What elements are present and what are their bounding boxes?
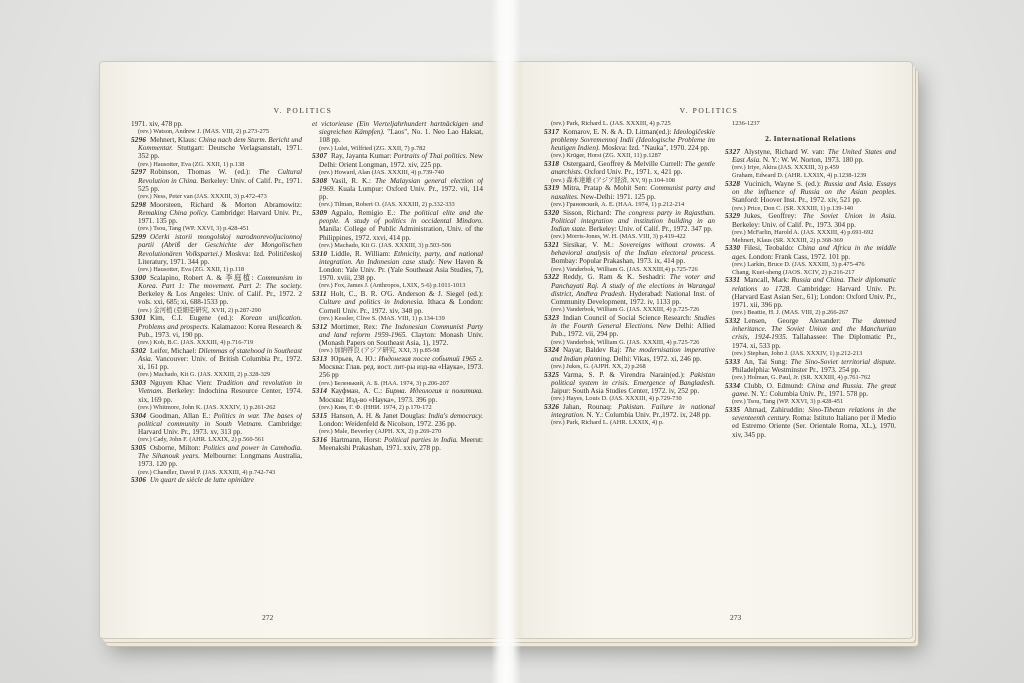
entry-text: Jukes, Geoffrey: — [744, 212, 803, 220]
bib-entry: 5303 Nguyen Khac Vien: Tradition and rev… — [131, 379, 302, 404]
review-line: (rev.) Beattie, H. J. (MAS. VIII, 2) p.2… — [725, 309, 896, 317]
bib-entry: 5325 Varma, S. P. & Virendra Narain(ed.)… — [544, 371, 715, 396]
entry-text: Moskva: Izd. "Nauka", 1970. 224 pp. — [600, 144, 709, 152]
entry-text: 1971. xiv, 478 pp. — [131, 120, 183, 128]
entry-text: Alystyne, Richard W. van: — [744, 148, 828, 156]
bib-entry: 5330 Filesi, Teobaldo: China and Africa … — [725, 244, 896, 260]
review-line: (rev.) Hausotter, Eva (ZG. XXII, 1) p.11… — [131, 266, 302, 274]
entry-text: Bombay: Popular Prakashan, 1973. ix, 414… — [551, 257, 685, 265]
entry-text: N. Y.: W. W. Norton, 1973. 180 pp. — [761, 156, 864, 164]
entry-text: Nguyen Khac Vien: — [150, 379, 216, 387]
bib-entry: 5304 Goodman, Allan E.: Politics in war.… — [131, 412, 302, 437]
bib-entry: 5319 Mitra, Pratap & Mohit Sen: Communis… — [544, 184, 715, 200]
entry-text: Юрьев, А. Ю.: — [331, 355, 379, 363]
book-photo-background: V. POLITICS 1971. xiv, 478 pp.(rev.) Wat… — [0, 0, 1024, 683]
entry-text: Varma, S. P. & Virendra Narain(ed.): — [563, 371, 690, 379]
entry-text: Robinson, Thomas W. (ed.): — [150, 168, 259, 176]
bib-entry: 5301 Kim, C.I. Eugene (ed.): Korean unif… — [131, 314, 302, 339]
review-line: (rev.) 森本達雄 (アジア経済, XV, 9) p.104-108 — [544, 177, 715, 185]
review-line: (rev.) Vanderbok, William G. (JAS. XXXII… — [544, 339, 715, 347]
entry-text: An, Tai Sung: — [744, 358, 791, 366]
entry-text: Nayar, Baldev Raj: — [563, 346, 625, 354]
bib-entry: 5315 Hanson, A. H. & Janet Douglas: Indi… — [312, 412, 483, 428]
entry-title: The Soviet Union in Asia. — [803, 212, 896, 220]
entry-text: Berkeley & Los Angeles: Univ. of Calif. … — [138, 290, 302, 306]
review-line: (rev.) Park, Richard L. (JAS. XXXIII, 4)… — [544, 120, 715, 128]
bibliography-column: 1236-12372. International Relations5327 … — [725, 120, 896, 598]
entry-text: Manila: College of Public Administration… — [319, 225, 483, 241]
entry-text: Delhi: Vikas, 1972. xi, 246 pp. — [612, 355, 702, 363]
entry-number: 5316 — [312, 436, 331, 444]
page-number-left: 272 — [262, 613, 273, 622]
entry-number: 5325 — [544, 371, 563, 379]
entry-title: Remaking China policy. — [138, 209, 209, 217]
section-heading: 2. International Relations — [725, 135, 896, 143]
entry-title: India's democracy. — [428, 412, 483, 420]
entry-text: Hartmann, Horst: — [331, 436, 384, 444]
bib-entry: 5327 Alystyne, Richard W. van: The Unite… — [725, 148, 896, 164]
entry-number: 5324 — [544, 346, 563, 354]
entry-number: 5314 — [312, 387, 331, 395]
entry-text: Leifer, Michael: — [150, 347, 198, 355]
entry-number: 5333 — [725, 358, 744, 366]
bib-entry: 5316 Hartmann, Horst: Political parties … — [312, 436, 483, 452]
entry-number: 5302 — [131, 347, 150, 355]
review-line: (rev.) Грановский, А. Е. (НАА. 1974, 1) … — [544, 201, 715, 209]
bib-entry: 5331 Mancall, Mark: Russia and China. Th… — [725, 276, 896, 309]
review-line: (rev.) Vanderbok, William G. (JAS. XXXII… — [544, 306, 715, 314]
bib-entry: 5308 Vasil, R. K.: The Malaysian general… — [312, 177, 483, 202]
entry-text: Liddle, R. William: — [331, 250, 394, 258]
left-page: V. POLITICS 1971. xiv, 478 pp.(rev.) Wat… — [100, 62, 506, 638]
entry-number: 5328 — [725, 180, 744, 188]
bib-entry: 5314 Кауфман, А. С.: Бирма. Идеология и … — [312, 387, 483, 403]
entry-text: Vancouver: Univ. of British Columbia Pr.… — [138, 355, 302, 371]
entry-text: Ostergaard, Geoffrey & Melville Currell: — [563, 160, 685, 168]
review-line: (rev.) Iriye, Akira (JAS. XXXIII, 3) p.4… — [725, 164, 896, 172]
entry-text: Stanford: Hoover Inst. Pr., 1972. xiv, 5… — [732, 196, 862, 204]
review-line: (rev.) Ness, Peter van (JAS. XXXIII, 3) … — [131, 193, 302, 201]
review-line: (rev.) Hayes, Louis D. (JAS. XXXIII, 4) … — [544, 395, 715, 403]
right-page: V. POLITICS (rev.) Park, Richard L. (JAS… — [506, 62, 912, 638]
entry-text: Philadelphia: Westminster Pr., 1973. 254… — [732, 366, 860, 374]
entry-number: 5319 — [544, 184, 563, 192]
entry-title: Political parties in India. — [384, 436, 458, 444]
bib-entry: 5309 Agpalo, Remigio E.: The political e… — [312, 209, 483, 242]
bib-entry: 5306 Un quart de siècle de lutte opiniât… — [131, 476, 302, 484]
review-line: (rev.) Vanderbok, William G. (JAS. XXXII… — [544, 266, 715, 274]
bib-entry: 5300 Scalapino, Robert A. & 李庭植: Communi… — [131, 274, 302, 307]
entry-text: Hanson, A. H. & Janet Douglas: — [331, 412, 428, 420]
review-line: (rev.) Stephan, John J. (JAS. XXXIV, 1) … — [725, 350, 896, 358]
bib-entry: 5326 Jahan, Rounaq: Pakistan. Failure in… — [544, 403, 715, 419]
entry-text: Кауфман, А. С.: — [331, 387, 385, 395]
bib-entry: 5333 An, Tai Sung: The Sino-Soviet terri… — [725, 358, 896, 374]
entry-title: Culture and politics in Indonesia. — [319, 298, 424, 306]
bib-entry: 5329 Jukes, Geoffrey: The Soviet Union i… — [725, 212, 896, 228]
entry-number: 5310 — [312, 250, 331, 258]
entry-number: 5300 — [131, 274, 150, 282]
review-line: (rev.) McFarlin, Harold A. (JAS. XXXIII,… — [725, 229, 896, 237]
entry-title: Индонезия после событий 1965 г. — [379, 355, 483, 363]
bib-entry: 5335 Ahmad, Zahiruddin: Sino-Tibetan rel… — [725, 406, 896, 439]
entry-text: Berkeley: Univ. of Calif. Pr., 1972. 347… — [587, 225, 713, 233]
review-line: Graham, Edward D. (AHR. LXXIX, 4) p.1238… — [725, 172, 896, 180]
review-line: (rev.) Holman, G. Paul, Jr. (SR. XXXIII,… — [725, 374, 896, 382]
entry-title: Un quart de siècle de lutte opiniâtre — [150, 476, 254, 484]
bib-entry: 5332 Lensen, George Alexander: The damne… — [725, 317, 896, 350]
review-line: (rev.) Tsou, Tang (WP. XXVI, 3) p.428-45… — [725, 398, 896, 406]
entry-text: Mitra, Pratap & Mohit Sen: — [563, 184, 650, 192]
bib-entry: 5307 Ray, Jayanta Kumar: Portraits of Th… — [312, 152, 483, 168]
page-header-right: V. POLITICS — [506, 106, 912, 115]
entry-text: Mehnert, Klaus: — [150, 136, 199, 144]
entry-text: New-Delhi: 1971. 125 pp. — [579, 193, 656, 201]
entry-text: Reddy, G. Ram & K. Seshadri: — [563, 273, 670, 281]
entry-text: London: Weidenfeld & Nicolson, 1972. 236… — [319, 420, 456, 428]
review-line: (rev.) Беленький, А. Б. (НАА. 1974, 3) p… — [312, 380, 483, 388]
entry-number: 5312 — [312, 323, 331, 331]
review-line: Mehnert, Klaus (SR. XXXIII, 2) p.368-369 — [725, 237, 896, 245]
entry-text: Scalapino, Robert A. & 李庭植: — [150, 274, 257, 282]
bib-entry: 5302 Leifer, Michael: Dilemmas of stateh… — [131, 347, 302, 372]
book-holding-strap — [491, 0, 521, 683]
entry-number: 5296 — [131, 136, 150, 144]
entry-number: 5298 — [131, 201, 150, 209]
entry-number: 5305 — [131, 444, 150, 452]
entry-text: Sirsikar, V. M.: — [563, 241, 619, 249]
page-number-right: 273 — [730, 613, 741, 622]
entry-text: Ray, Jayanta Kumar: — [331, 152, 394, 160]
review-line: (rev.) Machado, Kit G. (JAS. XXXIII, 2) … — [131, 371, 302, 379]
entry-text: Jahan, Rounaq: — [563, 403, 618, 411]
entry-number: 5309 — [312, 209, 331, 217]
entry-number: 5301 — [131, 314, 150, 322]
review-line: (rev.) Kessler, Clive S. (MAS. VIII, 1) … — [312, 315, 483, 323]
review-line: (rev.) Cady, John F. (AHR. LXXIX, 2) p.5… — [131, 436, 302, 444]
review-line: (rev.) Larkin, Bruce D. (JAS. XXXIII, 3)… — [725, 261, 896, 269]
entry-number: 5323 — [544, 314, 563, 322]
bib-entry: 5305 Osborne, Milton: Politics and power… — [131, 444, 302, 469]
bib-entry-continuation: et victorieuse (Ein Vierteljahrhundert h… — [312, 120, 483, 145]
bib-entry: 5334 Clubb, O. Edmund: China and Russia.… — [725, 382, 896, 398]
bib-entry: 5311 Holt, C., B. R. O'G. Anderson & J. … — [312, 290, 483, 315]
entry-text: Berkeley: Indochina Resource Center, 197… — [138, 387, 302, 403]
bib-entry: 5310 Liddle, R. William: Ethnicity, part… — [312, 250, 483, 283]
review-line: (rev.) Hausotter, Eva (ZG. XXII, 1) p.13… — [131, 161, 302, 169]
entry-number: 5329 — [725, 212, 744, 220]
entry-number: 5327 — [725, 148, 744, 156]
entry-number: 5297 — [131, 168, 150, 176]
entry-text: Kuala Lumpur: Oxford Univ. Pr., 1972. vi… — [319, 185, 483, 201]
entry-text: N. Y.: Columbia Univ. Pr., 1971. 578 pp. — [749, 390, 868, 398]
review-line: (rev.) Whitmore, John K. (JAS. XXXIV, 1)… — [131, 404, 302, 412]
review-line: (rev.) Ким, Г. Ф. (ННИ. 1974, 2) p.170-1… — [312, 404, 483, 412]
entry-number: 5335 — [725, 406, 744, 414]
review-line: (rev.) 加納啓良 (アジア研究, XXI, 3) p.85-98 — [312, 347, 483, 355]
entry-number: 5331 — [725, 276, 744, 284]
entry-number: 5307 — [312, 152, 331, 160]
bib-entry: 5312 Mortimer, Rex: The Indonesian Commu… — [312, 323, 483, 348]
bib-entry: 5317 Komarov, E. N. & A. D. Litman(ed.):… — [544, 128, 715, 153]
entry-number: 5321 — [544, 241, 563, 249]
review-line: (rev.) Tilman, Robert O. (JAS. XXXIII, 2… — [312, 201, 483, 209]
review-line: 1236-1237 — [725, 120, 896, 128]
entry-title: The Sino-Soviet territorial dispute. — [791, 358, 896, 366]
entry-number: 5306 — [131, 476, 150, 484]
entry-number: 5318 — [544, 160, 563, 168]
entry-text: Ahmad, Zahiruddin: — [744, 406, 808, 414]
bibliography-column: 1971. xiv, 478 pp.(rev.) Watson, Andrew … — [131, 120, 302, 598]
entry-text: Oxford Univ. Pr., 1971. x, 421 pp. — [582, 168, 682, 176]
review-line: (rev.) Lulei, Wilfried (ZG. XXII, 7) p.7… — [312, 145, 483, 153]
review-line: Chang, Kuei-sheng (JAOS. XCIV, 2) p.216-… — [725, 269, 896, 277]
entry-number: 5330 — [725, 244, 744, 252]
bib-entry: 5313 Юрьев, А. Ю.: Индонезия после событ… — [312, 355, 483, 380]
entry-number: 5303 — [131, 379, 150, 387]
text-columns-right: (rev.) Park, Richard L. (JAS. XXXIII, 4)… — [544, 120, 896, 598]
review-line: (rev.) Tsou, Tang (WP. XXVI, 3) p.428-45… — [131, 225, 302, 233]
entry-text: Mortimer, Rex: — [331, 323, 381, 331]
review-line: (rev.) Chandler, David P. (JAS. XXXIII, … — [131, 469, 302, 477]
entry-number: 5304 — [131, 412, 150, 420]
entry-text: Berkeley: Univ. of Calif. Pr., 1973. 304… — [732, 221, 856, 229]
review-line: (rev.) Machado, Kit G. (JAS. XXXIII, 3) … — [312, 242, 483, 250]
review-line: (rev.) Price, Don C. (SR. XXXIII, 1) p.1… — [725, 205, 896, 213]
page-header-left: V. POLITICS — [100, 106, 506, 115]
entry-text: Lensen, George Alexander: — [744, 317, 852, 325]
bib-entry: 5298 Moorsteen, Richard & Morton Abramow… — [131, 201, 302, 226]
entry-number: 5332 — [725, 317, 744, 325]
bib-entry: 5296 Mehnert, Klaus: China nach dem Stur… — [131, 136, 302, 161]
entry-number: 5308 — [312, 177, 331, 185]
entry-number: 5315 — [312, 412, 331, 420]
entry-text: N. Y.: Columbia Univ. Pr.,1972. ix, 248 … — [585, 411, 711, 419]
entry-number: 5299 — [131, 233, 150, 241]
entry-text: Mancall, Mark: — [744, 276, 791, 284]
bib-entry: 5297 Robinson, Thomas W. (ed.): The Cult… — [131, 168, 302, 193]
bib-entry: 5299 Očerki istorii mongolskoj narodnore… — [131, 233, 302, 266]
entry-text: Jaipur: South Asia Studies Center, 1972.… — [551, 387, 699, 395]
entry-number: 5313 — [312, 355, 331, 363]
text-columns-left: 1971. xiv, 478 pp.(rev.) Watson, Andrew … — [131, 120, 483, 598]
entry-text: Komarov, E. N. & A. D. Litman(ed.): — [563, 128, 674, 136]
bib-entry: 5323 Indian Council of Social Science Re… — [544, 314, 715, 339]
review-line: (rev.) Park, Richard L. (AHR. LXXIX, 4) … — [544, 419, 715, 427]
entry-text: Москва: Изд-во «Наука», 1973. 396 pp. — [319, 396, 437, 404]
entry-text: Vucinich, Wayne S. (ed.): — [744, 180, 824, 188]
bibliography-column: (rev.) Park, Richard L. (JAS. XXXIII, 4)… — [544, 120, 715, 598]
entry-title: Portraits of Thai politics. — [394, 152, 468, 160]
review-line: (rev.) 金河植 (亞細亞研究, XVII, 2) p.287-290 — [131, 307, 302, 315]
entry-number: 5317 — [544, 128, 563, 136]
entry-number: 5311 — [312, 290, 331, 298]
bib-entry: 5324 Nayar, Baldev Raj: The modernisatio… — [544, 346, 715, 362]
entry-text: Vasil, R. K.: — [331, 177, 375, 185]
review-line: (rev.) Morris-Jones, W. H. (MAS. VIII, 3… — [544, 233, 715, 241]
review-line: (rev.) Koh, B.C. (JAS. XXXIII, 4) p.716-… — [131, 339, 302, 347]
bib-entry: 5328 Vucinich, Wayne S. (ed.): Russia an… — [725, 180, 896, 205]
review-line: (rev.) Jukes, G. (AJPH. XX, 2) p.268 — [544, 363, 715, 371]
review-line: (rev.) Fox, James J. (Anthropos, LXIX, 5… — [312, 282, 483, 290]
entry-text: Agpalo, Remigio E.: — [331, 209, 400, 217]
entry-number: 5334 — [725, 382, 744, 390]
entry-text: London: Frank Cass, 1972. 101 pp. — [747, 253, 850, 261]
entry-text: Москва: Глав. ред. вост. лит-ры изд-ва «… — [319, 363, 483, 379]
review-line: (rev.) Male, Beverley (AJPH. XX, 2) p.26… — [312, 428, 483, 436]
entry-text: Indian Council of Social Science Researc… — [563, 314, 694, 322]
entry-text: Holt, C., B. R. O'G. Anderson & J. Siege… — [331, 290, 483, 298]
entry-text: Osborne, Milton: — [150, 444, 203, 452]
entry-number: 5326 — [544, 403, 563, 411]
bibliography-column: et victorieuse (Ein Vierteljahrhundert h… — [312, 120, 483, 598]
entry-text: Filesi, Teobaldo: — [744, 244, 798, 252]
bib-entry: 5318 Ostergaard, Geoffrey & Melville Cur… — [544, 160, 715, 176]
entry-text: Kim, C.I. Eugene (ed.): — [150, 314, 241, 322]
entry-title: Бирма. Идеология и политика. — [385, 387, 483, 395]
bib-entry: 5322 Reddy, G. Ram & K. Seshadri: The vo… — [544, 273, 715, 306]
entry-text: Clubb, O. Edmund: — [744, 382, 807, 390]
review-line: (rev.) Howard, Alan (JAS. XXXIII, 4) p.7… — [312, 169, 483, 177]
entry-text: Sisson, Richard: — [563, 209, 615, 217]
entry-number: 5322 — [544, 273, 563, 281]
bib-entry: 5320 Sisson, Richard: The congress party… — [544, 209, 715, 234]
entry-text: Moorsteen, Richard & Morton Abramowitz: — [150, 201, 302, 209]
review-line: (rev.) Krüger, Horst (ZG. XXII, 11) p.12… — [544, 152, 715, 160]
review-line: (rev.) Watson, Andrew J. (MAS. VIII, 2) … — [131, 128, 302, 136]
bib-entry-continuation: 1971. xiv, 478 pp. — [131, 120, 302, 128]
bib-entry: 5321 Sirsikar, V. M.: Sovereigns without… — [544, 241, 715, 266]
entry-text: Goodman, Allan E.: — [150, 412, 214, 420]
entry-number: 5320 — [544, 209, 563, 217]
